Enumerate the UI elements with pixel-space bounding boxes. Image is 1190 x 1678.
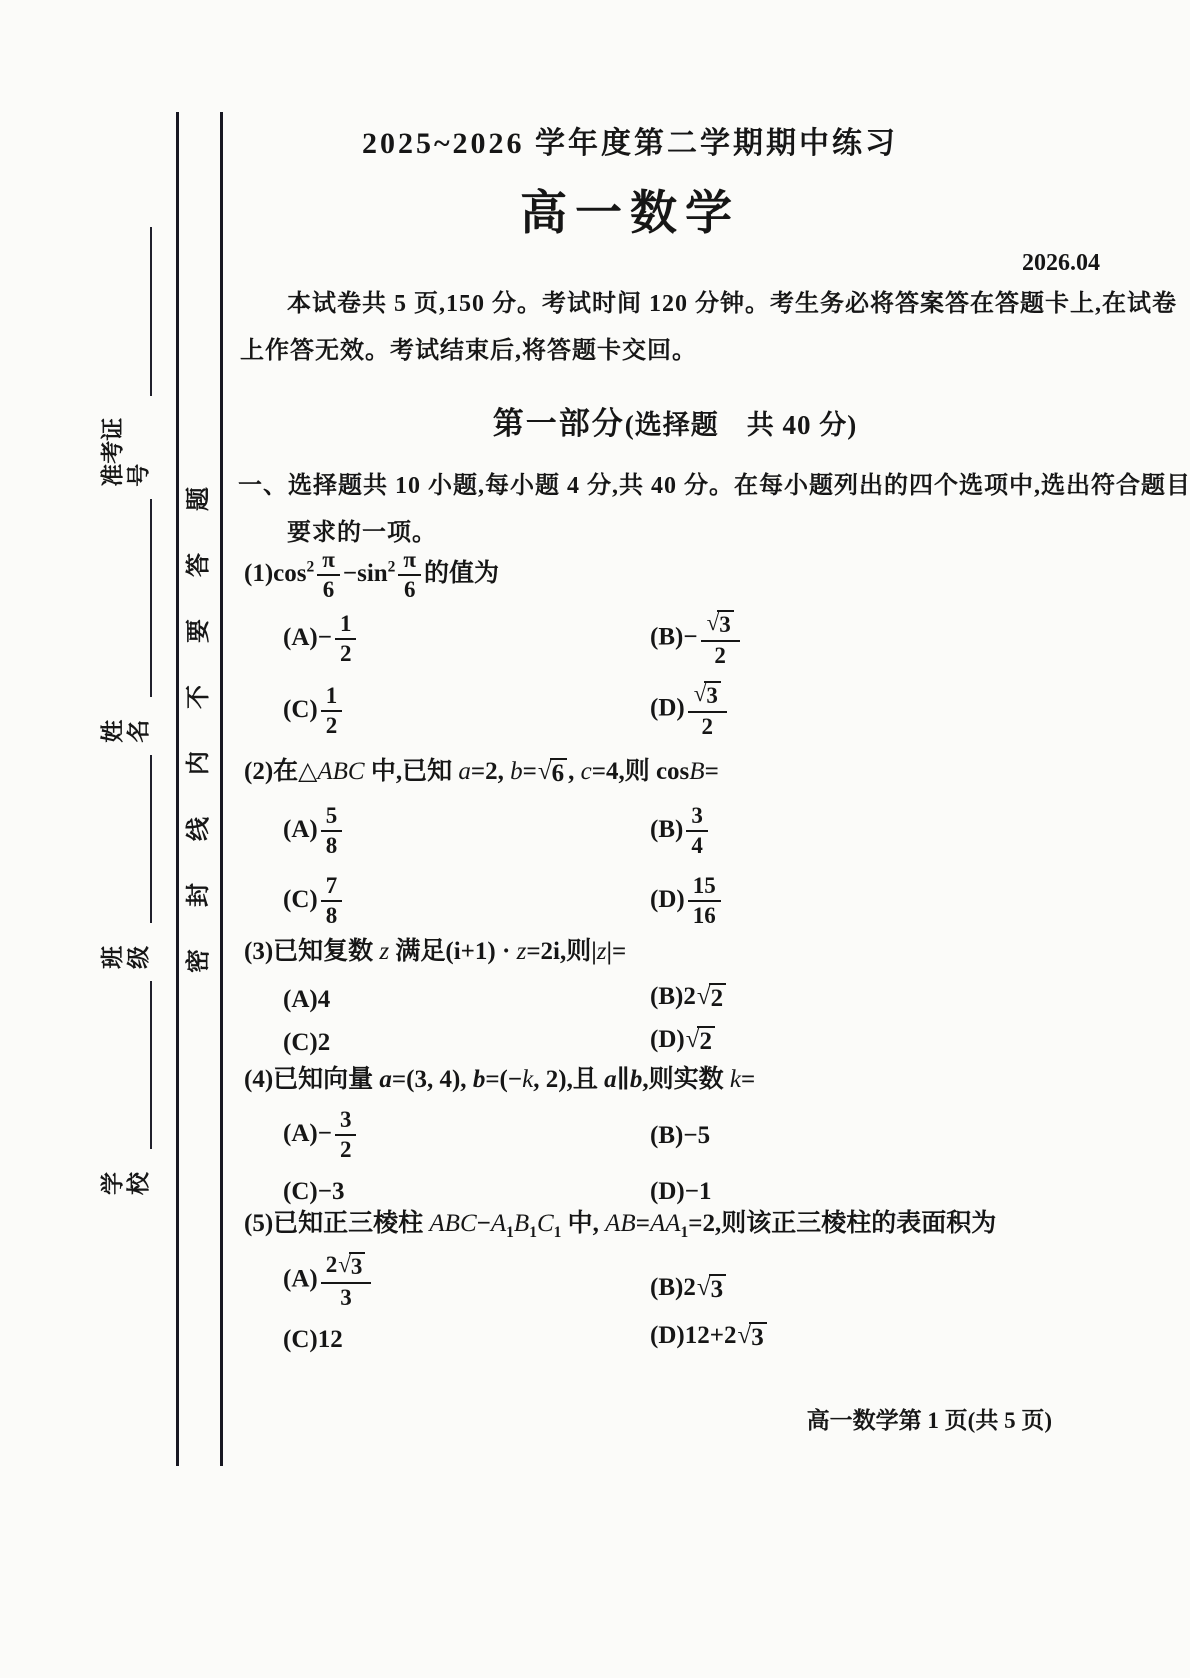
- math-text: (A): [283, 816, 318, 843]
- question-2-option-c: (C)78: [283, 874, 345, 928]
- math-text: 1: [340, 611, 352, 636]
- fraction-numerator: π: [398, 548, 421, 576]
- question-1-stem: (1)cos2π6−sin2π6的值为: [244, 548, 499, 602]
- math-variable: b: [630, 1066, 643, 1093]
- math-text: ,: [568, 758, 581, 785]
- math-text: 3: [351, 1254, 363, 1279]
- math-text: 4: [691, 833, 703, 858]
- math-text: π: [403, 547, 416, 572]
- math-text: π: [322, 547, 335, 572]
- math-text: 2: [340, 1137, 352, 1162]
- math-text: (C)2: [283, 1029, 330, 1056]
- exam-notice-line-2: 上作答无效。考试结束后,将答题卡交回。: [240, 330, 697, 365]
- radicand: 3: [749, 1322, 767, 1352]
- math-radical: √2: [686, 1026, 715, 1056]
- math-text: 8: [326, 833, 338, 858]
- question-3-option-a: (A)4: [283, 984, 330, 1015]
- math-text: (5)已知正三棱柱: [244, 1210, 429, 1237]
- math-variable: a: [379, 1066, 392, 1093]
- math-fraction: 34: [686, 804, 708, 858]
- math-text: (D): [650, 1026, 685, 1053]
- superscript: 2: [388, 559, 396, 576]
- question-1-option-d: (D)√32: [650, 681, 730, 739]
- math-variable: a: [604, 1066, 617, 1093]
- math-text: 3: [340, 1285, 352, 1310]
- math-text: 的值为: [424, 560, 499, 587]
- math-text: 15: [693, 873, 716, 898]
- fraction-denominator: 8: [321, 832, 343, 858]
- field-name: 姓名: [100, 499, 152, 743]
- question-3-option-c: (C)2: [283, 1027, 330, 1058]
- math-text: (4)已知向量: [244, 1066, 379, 1093]
- math-text: (3)已知复数: [244, 938, 379, 965]
- math-text: 16: [693, 903, 716, 928]
- radicand: 2: [697, 1026, 715, 1056]
- fraction-denominator: 2: [321, 712, 343, 738]
- exam-page: 密封线内不要答题 学校 班级 姓名 准考证号 2025~2026 学年度第二学期…: [0, 0, 1190, 1678]
- math-variable: c: [581, 758, 592, 785]
- question-3-option-d: (D)√2: [650, 1024, 716, 1056]
- math-text: 6: [404, 577, 416, 602]
- question-5-option-c: (C)12: [283, 1324, 343, 1355]
- math-variable: a: [458, 758, 471, 785]
- question-3-option-b: (B)2√2: [650, 981, 727, 1013]
- math-text: (A): [283, 1266, 318, 1293]
- question-5-option-b: (B)2√3: [650, 1272, 727, 1304]
- math-text: =4,则 cos: [592, 758, 690, 785]
- math-fraction: 32: [335, 1108, 357, 1162]
- fraction-denominator: 2: [709, 642, 731, 668]
- exam-session-title: 2025~2026 学年度第二学期期中练习: [160, 118, 1100, 162]
- field-label-name: 姓名: [100, 697, 152, 743]
- fraction-numerator: π: [317, 548, 340, 576]
- question-1-option-b: (B)−√32: [650, 610, 743, 668]
- math-text: 中,: [561, 1210, 605, 1237]
- math-radical: √2: [697, 983, 726, 1013]
- math-text: (D)12+2: [650, 1322, 736, 1349]
- math-radical: √3: [697, 1274, 726, 1304]
- fraction-denominator: 2: [335, 1136, 357, 1162]
- radicand: 2: [709, 983, 727, 1013]
- math-fraction: π6: [317, 548, 340, 602]
- fraction-numerator: 2√3: [321, 1252, 372, 1284]
- math-fraction: 12: [335, 612, 357, 666]
- math-text: |=: [607, 938, 627, 965]
- question-5-option-a: (A)2√33: [283, 1252, 374, 1310]
- field-label-exam-number: 准考证号: [100, 396, 152, 487]
- math-variable: ABC: [317, 758, 364, 785]
- math-variable: ABC: [429, 1210, 476, 1237]
- math-fraction: 58: [321, 804, 343, 858]
- field-class: 班级: [100, 755, 152, 969]
- question-5-option-d: (D)12+2√3: [650, 1320, 768, 1352]
- math-text: −: [477, 1210, 491, 1237]
- fraction-denominator: 3: [335, 1284, 357, 1310]
- math-text: 2: [699, 1028, 712, 1055]
- question-4-option-b: (B)−5: [650, 1120, 710, 1151]
- field-label-class: 班级: [100, 923, 152, 969]
- superscript: 2: [306, 559, 314, 576]
- fraction-denominator: 4: [686, 832, 708, 858]
- exam-notice-line-1: 本试卷共 5 页,150 分。考试时间 120 分钟。考生务必将答案答在答题卡上…: [287, 283, 1177, 318]
- radicand: 3: [709, 1274, 727, 1304]
- question-2-stem: (2)在△ABC 中,已知 a=2, b=√6, c=4,则 cosB=: [244, 756, 719, 788]
- radicand: 3: [349, 1252, 366, 1280]
- field-blank-exam-number: [128, 227, 152, 396]
- math-variable: B: [514, 1210, 529, 1237]
- question-1-option-c: (C)12: [283, 684, 345, 738]
- math-text: =2,则该正三棱柱的表面积为: [688, 1210, 996, 1237]
- math-text: 满足(i+1) ·: [389, 938, 516, 965]
- question-4-option-c: (C)−3: [283, 1176, 344, 1207]
- math-text: 3: [751, 1324, 764, 1351]
- math-fraction: 12: [321, 684, 343, 738]
- math-text: 3: [691, 803, 703, 828]
- question-1-option-a: (A)−12: [283, 612, 359, 666]
- math-radical: √3: [338, 1252, 365, 1280]
- math-text: (B)2: [650, 983, 696, 1010]
- math-text: 6: [552, 760, 565, 787]
- math-fraction: √32: [701, 610, 740, 668]
- math-variable: AA: [650, 1210, 681, 1237]
- math-text: 6: [323, 577, 335, 602]
- math-text: 2: [714, 643, 726, 668]
- math-text: (B)2: [650, 1274, 696, 1301]
- math-variable: b: [473, 1066, 486, 1093]
- question-3-stem: (3)已知复数 z 满足(i+1) · z=2i,则|z|=: [244, 936, 626, 967]
- math-variable: AB: [605, 1210, 636, 1237]
- fraction-denominator: 6: [318, 576, 340, 602]
- math-text: 3: [719, 612, 731, 637]
- math-text: ∥: [617, 1066, 630, 1093]
- field-school: 学校: [100, 981, 152, 1195]
- math-variable: k: [730, 1066, 741, 1093]
- question-4-option-a: (A)−32: [283, 1108, 359, 1162]
- fraction-denominator: 16: [688, 902, 721, 928]
- question-2-option-d: (D)1516: [650, 874, 724, 928]
- math-text: =: [741, 1066, 755, 1093]
- page-footer: 高一数学第 1 页(共 5 页): [700, 1402, 1052, 1435]
- math-text: 3: [340, 1107, 352, 1132]
- fraction-denominator: 2: [697, 713, 719, 739]
- math-text: , 2),且: [533, 1066, 604, 1093]
- fraction-denominator: 6: [399, 576, 421, 602]
- math-text: (2)在△: [244, 758, 317, 785]
- student-info-fields: 学校 班级 姓名 准考证号: [122, 215, 152, 1195]
- math-text: =: [705, 758, 719, 785]
- fraction-denominator: 2: [335, 640, 357, 666]
- fraction-numerator: 1: [335, 612, 357, 640]
- exam-subject-title: 高一数学: [160, 176, 1100, 243]
- math-text: 5: [326, 803, 338, 828]
- math-text: =2,: [471, 758, 510, 785]
- fraction-numerator: 15: [688, 874, 721, 902]
- math-radical: √6: [538, 758, 567, 788]
- math-text: 8: [326, 903, 338, 928]
- fraction-numerator: 5: [321, 804, 343, 832]
- math-text: 3: [706, 683, 718, 708]
- math-variable: k: [522, 1066, 533, 1093]
- math-fraction: 78: [321, 874, 343, 928]
- math-text: (C): [283, 696, 318, 723]
- math-text: =2i,则|: [526, 938, 596, 965]
- math-text: (1)cos: [244, 560, 306, 587]
- math-radical: √3: [737, 1322, 766, 1352]
- question-2-option-b: (B)34: [650, 804, 711, 858]
- math-text: 2: [340, 641, 352, 666]
- math-text: =(3, 4),: [392, 1066, 473, 1093]
- math-text: (C)12: [283, 1326, 343, 1353]
- fraction-numerator: √3: [688, 681, 727, 713]
- seal-area-text: 密封线内不要答题: [184, 429, 214, 989]
- section-1-heading-main: 第一部分: [493, 406, 625, 441]
- math-variable: z: [517, 938, 527, 965]
- fraction-numerator: √3: [701, 610, 740, 642]
- math-text: (D): [650, 695, 685, 722]
- math-text: 2: [326, 713, 338, 738]
- math-text: (B)−5: [650, 1122, 710, 1149]
- field-blank-class: [128, 755, 152, 924]
- field-blank-name: [128, 499, 152, 697]
- math-text: (D): [650, 886, 685, 913]
- math-variable: z: [597, 938, 607, 965]
- math-text: −sin: [343, 560, 388, 587]
- radicand: 3: [704, 681, 721, 709]
- fraction-numerator: 7: [321, 874, 343, 902]
- math-text: 1: [326, 683, 338, 708]
- fraction-denominator: 8: [321, 902, 343, 928]
- math-radical: √3: [694, 681, 721, 709]
- math-text: (A)−: [283, 624, 332, 651]
- radicand: 6: [550, 758, 568, 788]
- math-text: (D)−1: [650, 1178, 711, 1205]
- section-1-heading-sub: (选择题 共 40 分): [625, 410, 857, 440]
- field-exam-number: 准考证号: [100, 227, 152, 487]
- math-variable: B: [689, 758, 704, 785]
- math-text: (C)−3: [283, 1178, 344, 1205]
- math-text: (C): [283, 886, 318, 913]
- section-1-instruction-line-2: 要求的一项。: [287, 512, 437, 547]
- math-variable: A: [491, 1210, 506, 1237]
- math-text: (A)4: [283, 986, 330, 1013]
- field-blank-school: [128, 981, 152, 1150]
- math-text: 2: [711, 985, 724, 1012]
- math-text: (A)−: [283, 1120, 332, 1147]
- math-text: 3: [711, 1276, 724, 1303]
- subscript: 1: [506, 1224, 514, 1241]
- fraction-numerator: 1: [321, 684, 343, 712]
- section-1-instruction-line-1: 一、选择题共 10 小题,每小题 4 分,共 40 分。在每小题列出的四个选项中…: [238, 465, 1190, 500]
- question-4-option-d: (D)−1: [650, 1176, 711, 1207]
- math-radical: √3: [707, 610, 734, 638]
- math-text: 2: [702, 714, 714, 739]
- question-5-stem: (5)已知正三棱柱 ABC−A1B1C1 中, AB=AA1=2,则该正三棱柱的…: [244, 1208, 996, 1242]
- math-fraction: π6: [398, 548, 421, 602]
- seal-line-outer: [176, 112, 179, 1466]
- section-1-heading: 第一部分(选择题 共 40 分): [240, 398, 1110, 443]
- math-text: (B): [650, 816, 683, 843]
- seal-line-inner: [220, 112, 223, 1466]
- math-text: ,则实数: [642, 1066, 730, 1093]
- math-variable: z: [379, 938, 389, 965]
- math-text: =: [523, 758, 537, 785]
- math-variable: C: [537, 1210, 554, 1237]
- math-fraction: 2√33: [321, 1252, 372, 1310]
- exam-date: 2026.04: [800, 250, 1100, 277]
- math-text: 2: [326, 1252, 338, 1277]
- field-label-school: 学校: [100, 1149, 152, 1195]
- math-fraction: √32: [688, 681, 727, 739]
- question-4-stem: (4)已知向量 a=(3, 4), b=(−k, 2),且 a∥b,则实数 k=: [244, 1064, 755, 1095]
- math-text: (B)−: [650, 624, 698, 651]
- subscript: 1: [529, 1224, 537, 1241]
- question-2-option-a: (A)58: [283, 804, 345, 858]
- math-fraction: 1516: [688, 874, 721, 928]
- math-text: 7: [326, 873, 338, 898]
- math-text: =: [636, 1210, 650, 1237]
- math-text: 中,已知: [365, 758, 459, 785]
- fraction-numerator: 3: [686, 804, 708, 832]
- fraction-numerator: 3: [335, 1108, 357, 1136]
- math-variable: b: [510, 758, 523, 785]
- math-text: =(−: [485, 1066, 522, 1093]
- radicand: 3: [717, 610, 734, 638]
